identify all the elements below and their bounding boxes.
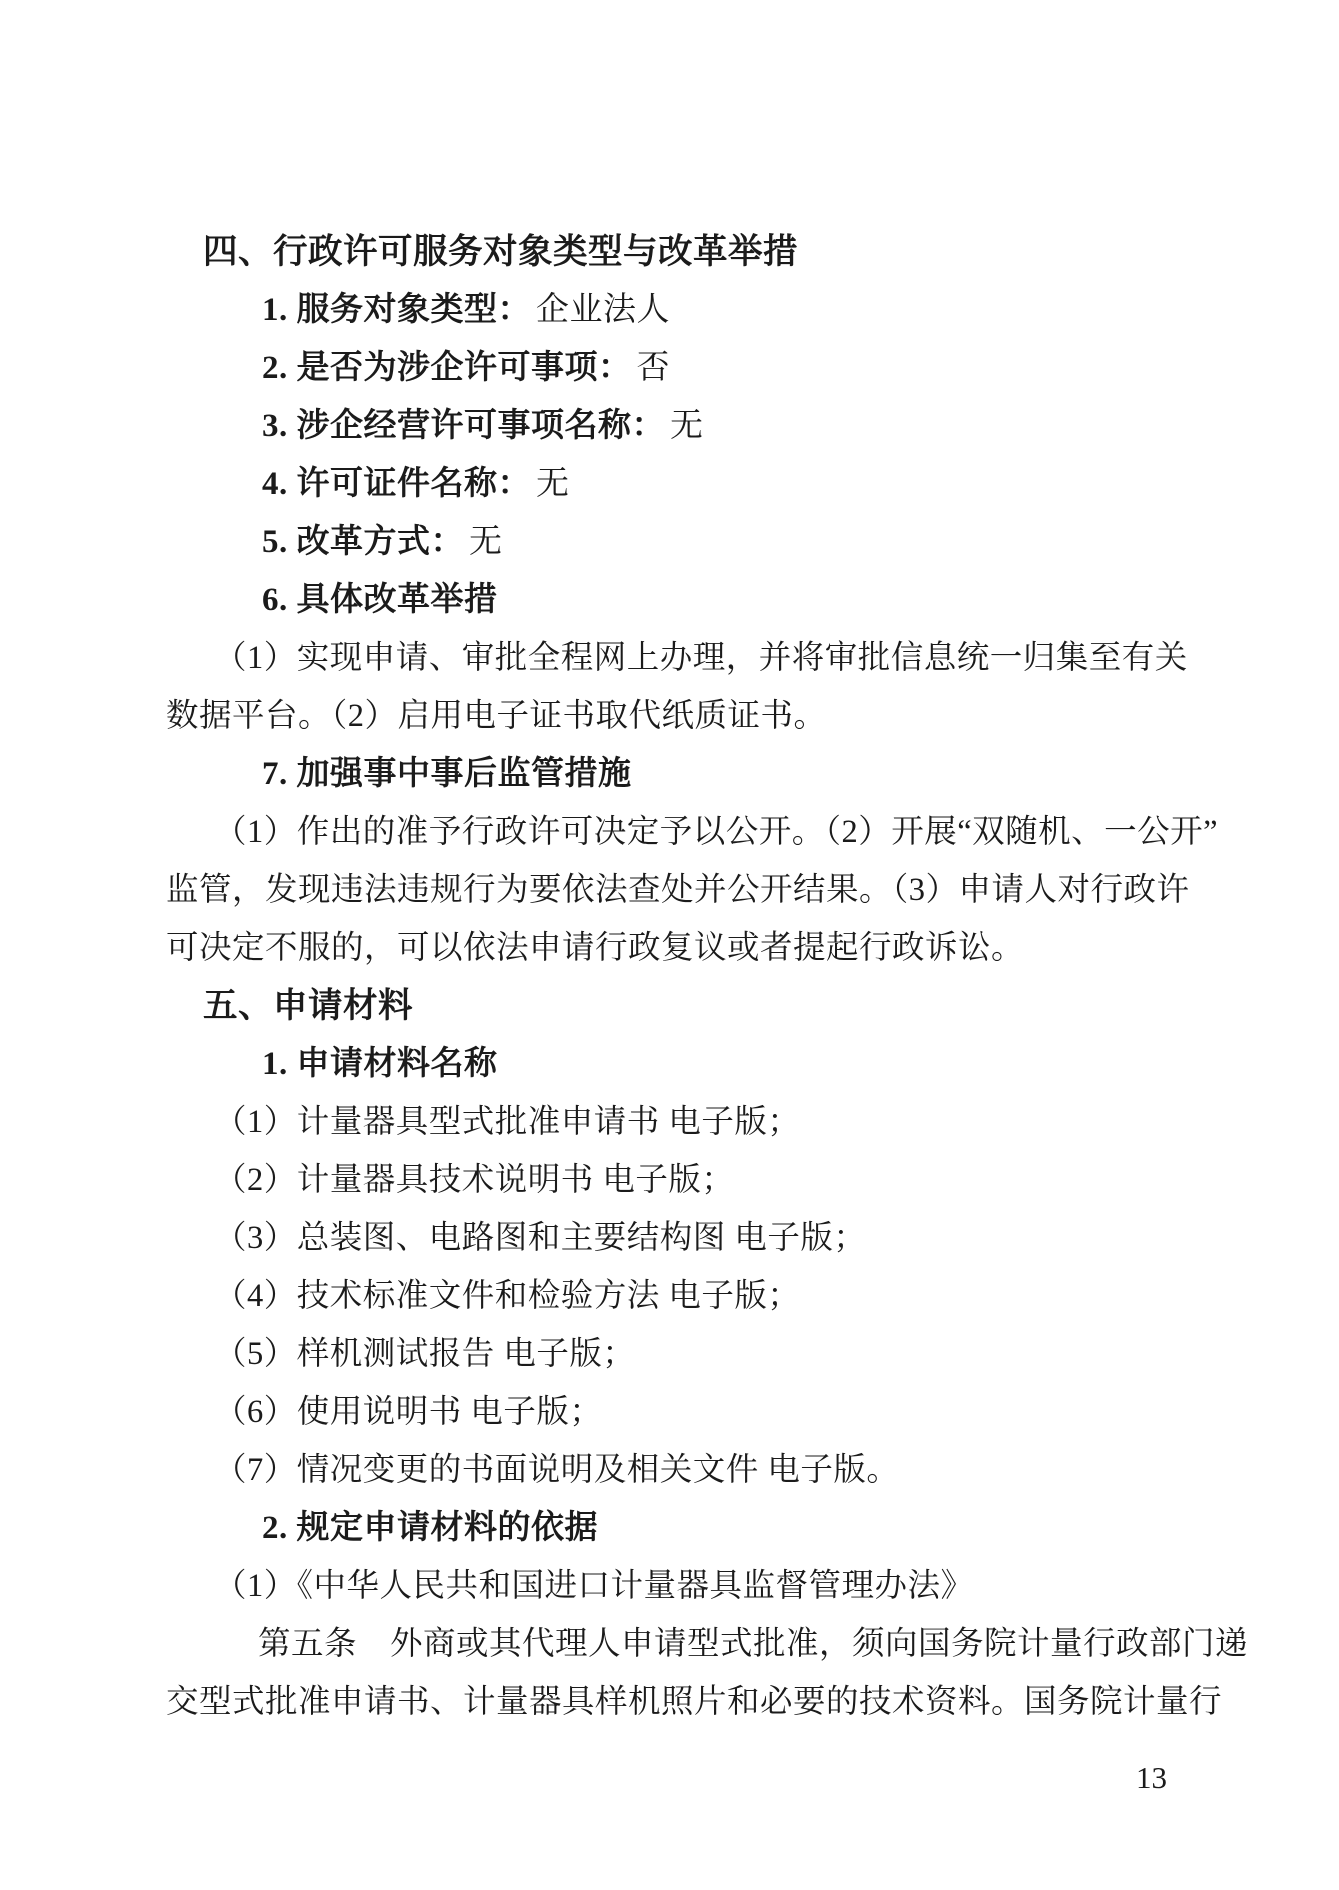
text-line: （5）样机测试报告 电子版； bbox=[0, 1325, 1339, 1383]
text-line: （7）情况变更的书面说明及相关文件 电子版。 bbox=[0, 1441, 1339, 1499]
item-label: 5. 改革方式： bbox=[262, 524, 464, 560]
text-line: 第五条 外商或其代理人申请型式批准，须向国务院计量行政部门递 bbox=[0, 1615, 1339, 1673]
text-line: 4. 许可证件名称：无 bbox=[0, 455, 1339, 513]
text-line: （2）计量器具技术说明书 电子版； bbox=[0, 1151, 1339, 1209]
text-line: 2. 是否为涉企许可事项：否 bbox=[0, 339, 1339, 397]
text-line: 可决定不服的，可以依法申请行政复议或者提起行政诉讼。 bbox=[0, 919, 1339, 977]
text-line: （1）计量器具型式批准申请书 电子版； bbox=[0, 1093, 1339, 1151]
document-page: 四、行政许可服务对象类型与改革举措1. 服务对象类型：企业法人2. 是否为涉企许… bbox=[0, 0, 1339, 1890]
text-line: 1. 服务对象类型：企业法人 bbox=[0, 281, 1339, 339]
section-heading: 五、申请材料 bbox=[203, 987, 413, 1025]
text-line: 5. 改革方式：无 bbox=[0, 513, 1339, 571]
text-line: （1）作出的准予行政许可决定予以公开。（2）开展“双随机、一公开” bbox=[0, 803, 1339, 861]
page-number: 13 bbox=[1136, 1757, 1186, 1799]
item-value: 否 bbox=[637, 350, 671, 386]
text-line: 五、申请材料 bbox=[0, 977, 1339, 1035]
item-label: 1. 服务对象类型： bbox=[262, 292, 531, 328]
text-line: 7. 加强事中事后监管措施 bbox=[0, 745, 1339, 803]
item-label: 4. 许可证件名称： bbox=[262, 466, 531, 502]
section-heading: 四、行政许可服务对象类型与改革举措 bbox=[203, 233, 798, 271]
text-line: （1）《中华人民共和国进口计量器具监督管理办法》 bbox=[0, 1557, 1339, 1615]
item-label: 3. 涉企经营许可事项名称： bbox=[262, 408, 665, 444]
item-value: 无 bbox=[670, 408, 704, 444]
text-line: 交型式批准申请书、计量器具样机照片和必要的技术资料。国务院计量行 bbox=[0, 1673, 1339, 1731]
item-label: 7. 加强事中事后监管措施 bbox=[262, 756, 632, 792]
item-value: 无 bbox=[536, 466, 570, 502]
item-value: 无 bbox=[469, 524, 503, 560]
document-body: 四、行政许可服务对象类型与改革举措1. 服务对象类型：企业法人2. 是否为涉企许… bbox=[0, 223, 1339, 1731]
item-label: 1. 申请材料名称 bbox=[262, 1046, 498, 1082]
text-line: 2. 规定申请材料的依据 bbox=[0, 1499, 1339, 1557]
item-label: 6. 具体改革举措 bbox=[262, 582, 498, 618]
text-line: 3. 涉企经营许可事项名称：无 bbox=[0, 397, 1339, 455]
text-line: 1. 申请材料名称 bbox=[0, 1035, 1339, 1093]
text-line: （3）总装图、电路图和主要结构图 电子版； bbox=[0, 1209, 1339, 1267]
item-value: 企业法人 bbox=[536, 292, 670, 328]
text-line: （1）实现申请、审批全程网上办理，并将审批信息统一归集至有关 bbox=[0, 629, 1339, 687]
text-line: （6）使用说明书 电子版； bbox=[0, 1383, 1339, 1441]
item-label: 2. 规定申请材料的依据 bbox=[262, 1510, 598, 1546]
text-line: 6. 具体改革举措 bbox=[0, 571, 1339, 629]
text-line: 数据平台。（2）启用电子证书取代纸质证书。 bbox=[0, 687, 1339, 745]
text-line: 监管，发现违法违规行为要依法查处并公开结果。（3）申请人对行政许 bbox=[0, 861, 1339, 919]
item-label: 2. 是否为涉企许可事项： bbox=[262, 350, 632, 386]
text-line: 四、行政许可服务对象类型与改革举措 bbox=[0, 223, 1339, 281]
text-line: （4）技术标准文件和检验方法 电子版； bbox=[0, 1267, 1339, 1325]
